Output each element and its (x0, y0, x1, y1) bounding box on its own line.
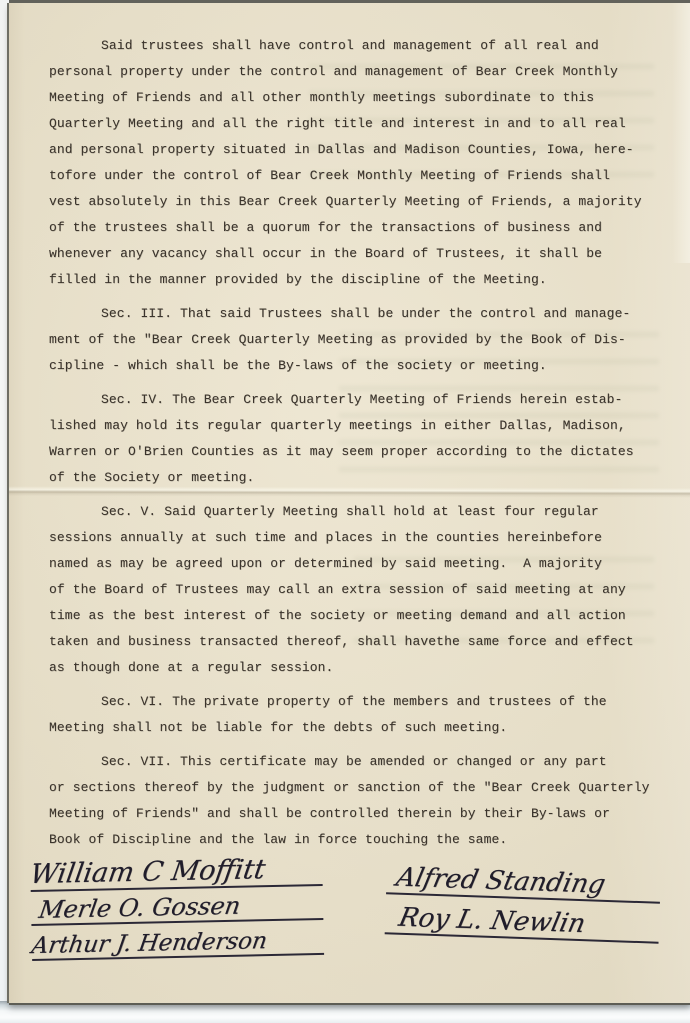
paragraph-section-6: Sec. VI. The private property of the mem… (49, 689, 662, 741)
table-surface (0, 1001, 690, 1023)
signature-text: Roy L. Newlin (396, 903, 588, 939)
typewritten-text: Said trustees shall have control and man… (49, 33, 662, 861)
paragraph-trustees-control: Said trustees shall have control and man… (49, 33, 662, 293)
signature-text: Alfred Standing (393, 863, 608, 900)
paragraph-section-7: Sec. VII. This certificate may be amende… (49, 749, 662, 853)
signature-column-left: William C Moffitt Merle O. Gossen Arthur… (30, 846, 324, 961)
signature-text: Arthur J. Henderson (30, 928, 269, 959)
signature-column-right: Alfred Standing Roy L. Newlin (385, 852, 662, 944)
document-paper: Said trustees shall have control and man… (9, 3, 690, 1003)
paragraph-section-4: Sec. IV. The Bear Creek Quarterly Meetin… (49, 387, 662, 491)
signature-arthur-j-henderson: Arthur J. Henderson (31, 919, 324, 961)
photo-background: Said trustees shall have control and man… (0, 0, 690, 1023)
signature-roy-l-newlin: Roy L. Newlin (385, 894, 660, 944)
signature-text: Merle O. Gossen (37, 892, 243, 924)
paragraph-section-3: Sec. III. That said Trustees shall be un… (49, 301, 662, 379)
signature-text: William C Moffitt (28, 854, 267, 890)
paragraph-section-5: Sec. V. Said Quarterly Meeting shall hol… (49, 499, 662, 681)
signature-block: William C Moffitt Merle O. Gossen Arthur… (25, 849, 674, 999)
